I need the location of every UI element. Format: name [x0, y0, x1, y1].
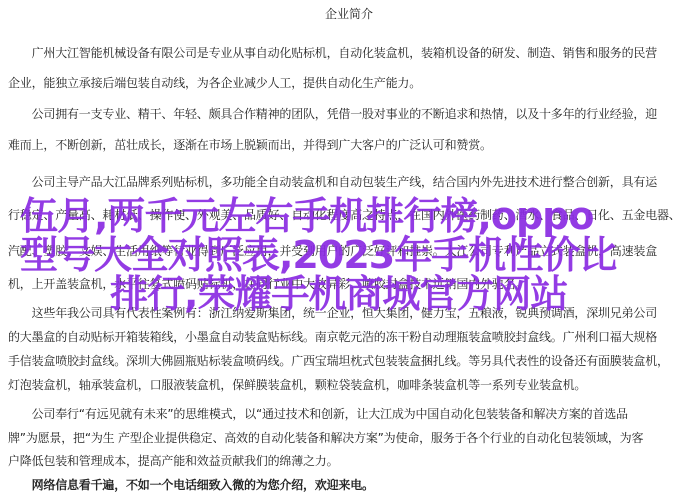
paragraph-line: 公司主导产品大江品牌系列贴标机，多功能全自动装盒机和自动包装生产线，结合国内外先…	[8, 174, 657, 190]
page-title: 企业简介	[0, 6, 698, 22]
paragraph-line: 行稳定、产量高、耗材低、操作便、外观美、品质好、自动化程度高之特点，在国内外医药…	[8, 207, 681, 223]
paragraph-line: 公司奉行“有远见就有未来”的思维模式，以“通过技术和创新，让大江成为中国自动化包…	[8, 406, 628, 422]
paragraph-line: 公司拥有一支专业、精干、年轻、颇具合作精神的团队，凭借一股对事业的不断追求和热情…	[8, 106, 657, 122]
paragraph-line: 牌”为愿景，把“为生 产型企业提供稳定、高效的自动化装备和解决方案”为使命，服务…	[8, 430, 643, 446]
paragraph-line: 企业，能独立承接后端包装自动线，为各企业减少人工，提供自动化生产能力。	[8, 75, 421, 91]
closing-line: 网络信息看千遍，不如一个电话细致入微的为您介绍，欢迎来电。	[8, 477, 374, 493]
paragraph-line: 汽配、塑胶、文娱、生活用纸等行业得到广泛应用，并受到用户的广泛好评和推崇。大江公…	[8, 243, 657, 259]
paragraph-line: 户降低包装和管理成本，提高产能和效益贡献我们的绵薄之力。	[8, 453, 338, 469]
paragraph-line: 这些年我公司具有代表性案例有：浙江纳爱斯集团，统一企业，恒大集团，健力宝，五粮液…	[8, 305, 657, 321]
paragraph-line: 机，上开盖装盒机，水平往复式喷码贴标机，在同行业中大放异彩，喷胶封盒技术远销国内…	[8, 276, 527, 292]
paragraph-line: 手信装盒喷胶封盒线。深圳大佛圆瓶贴标装盒喷码线。广西宝瑞坦枕式包装装盒捆扎线。等…	[8, 353, 669, 369]
paragraph-line: 的大墨盒的自动贴标开箱装箱线，小墨盒自动装盒贴标线。南京乾元浩的冻干粉自动理瓶装…	[8, 329, 657, 345]
paragraph-line: 灯泡装盒机，轴承装盒机，口服液装盒机，保鲜膜装盒机，颗粒袋装盒机，咖啡条装盒机等…	[8, 377, 586, 393]
paragraph-line: 难而上，不断创新，茁壮成长，逐渐在市场上脱颖而出，并得到广大客户的广泛认可和赞赏…	[8, 137, 492, 153]
paragraph-line: 广州大江智能机械设备有限公司是专业从事自动化贴标机，自动化装盒机，装箱机设备的研…	[8, 45, 657, 61]
